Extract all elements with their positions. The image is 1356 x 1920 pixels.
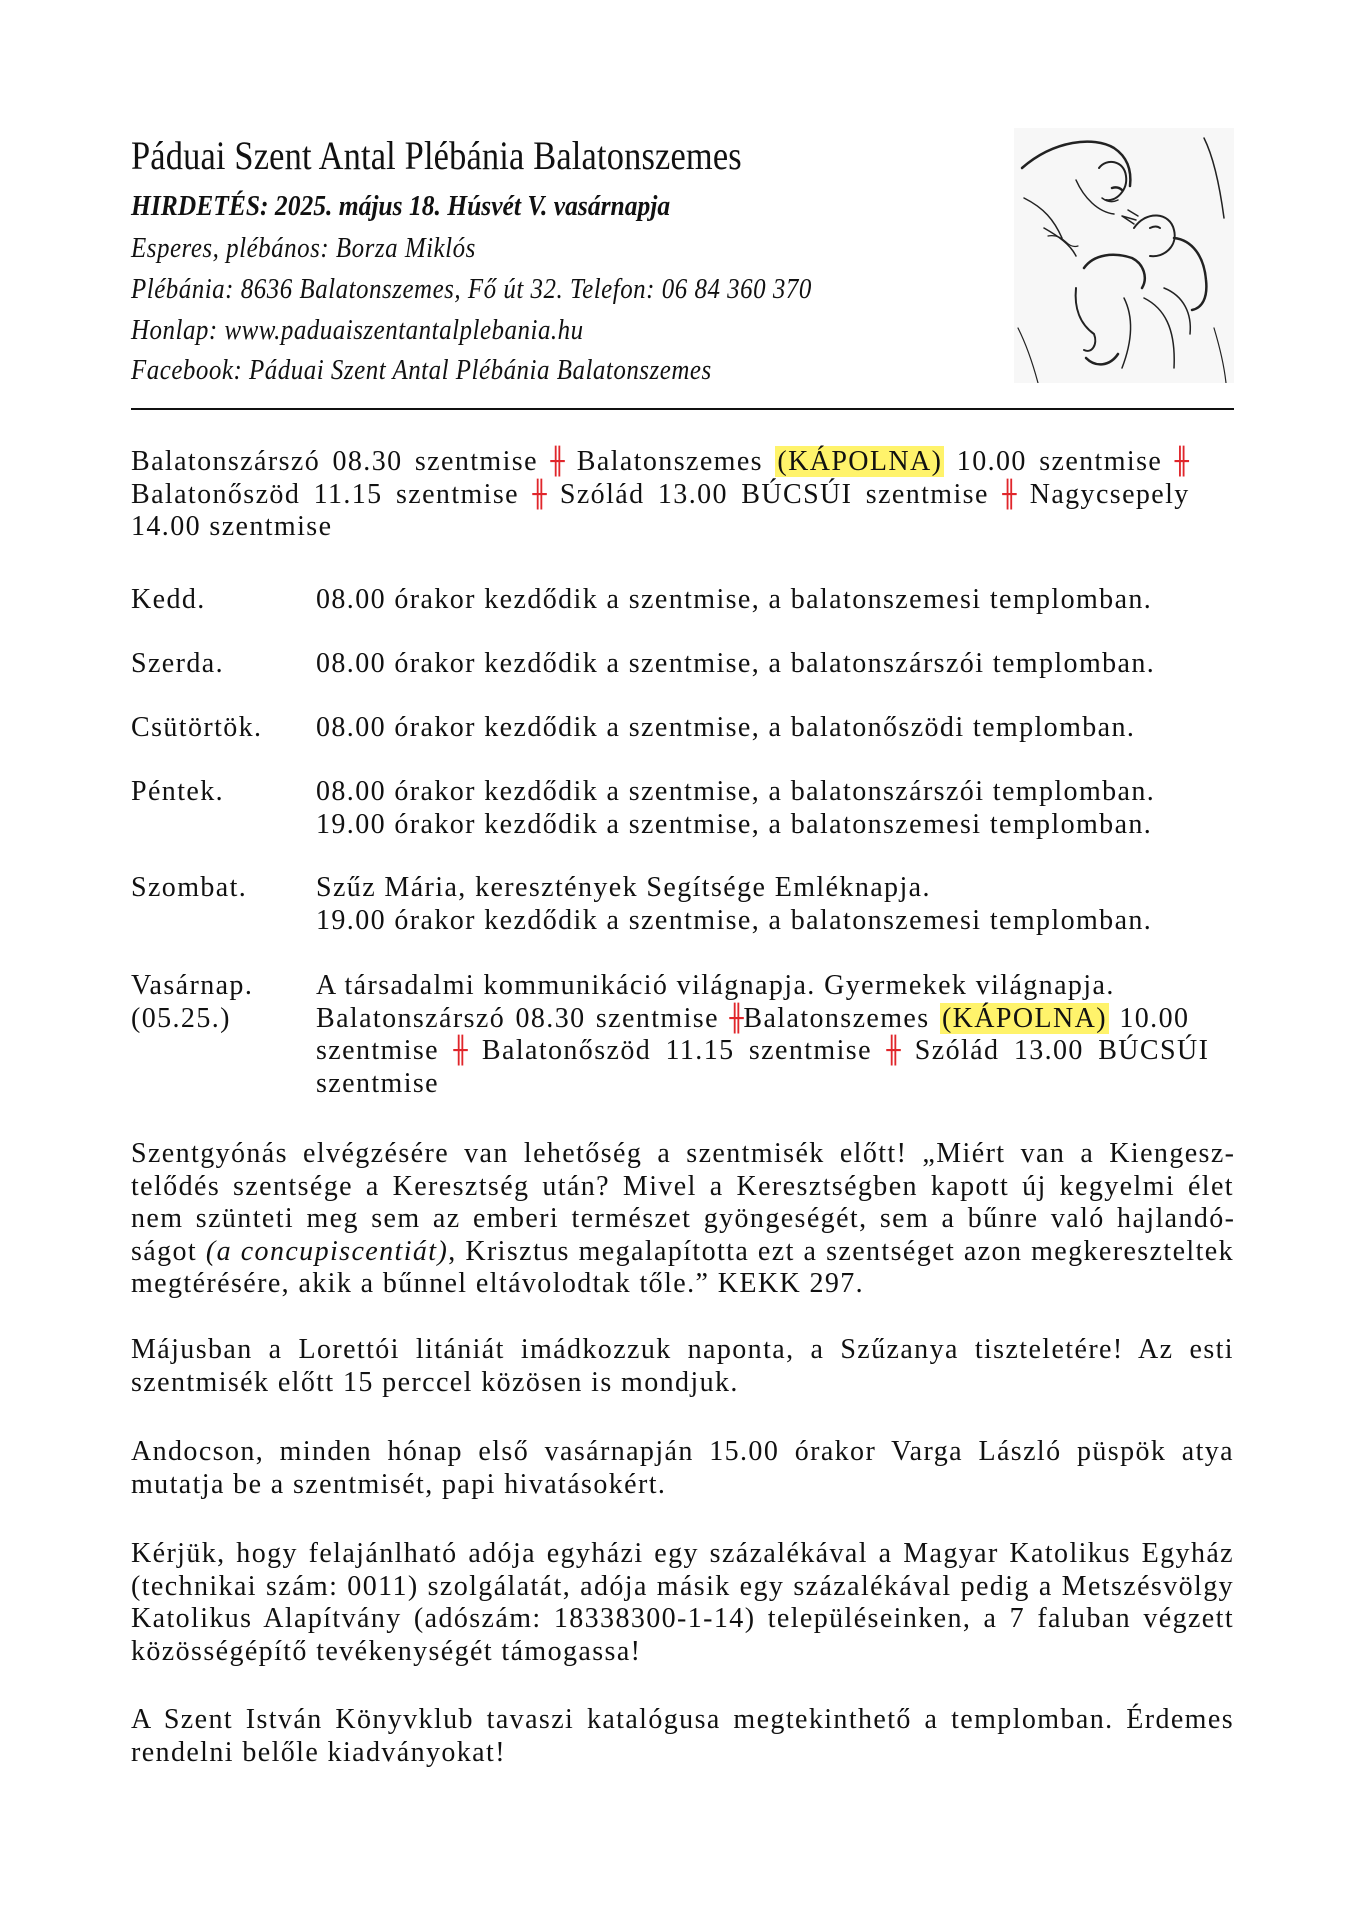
mass-text: Balatonőszöd 11.15 szentmise bbox=[468, 1035, 887, 1066]
day-label: Vasárnap.(05.25.) bbox=[131, 970, 311, 1035]
desc-line: szentmise ╫ Balatonőszöd 11.15 szentmise… bbox=[316, 1035, 1234, 1068]
mass-line-2: Balatonőszöd 11.15 szentmise ╫ Szólád 13… bbox=[131, 479, 1234, 512]
confession-italic: (a concupiscentiát) bbox=[206, 1236, 448, 1267]
day-desc: 08.00 órakor kezdődik a szentmise, a bal… bbox=[316, 712, 1234, 745]
mass-line-3: 14.00 szentmise bbox=[131, 511, 1234, 544]
double-cross-icon: ╫ bbox=[453, 1036, 467, 1066]
day-desc: 08.00 órakor kezdődik a szentmise, a bal… bbox=[316, 648, 1234, 681]
day-label: Kedd. bbox=[131, 584, 311, 617]
mass-text: Balatonszárszó 08.30 szentmise bbox=[316, 1003, 729, 1034]
andocs-paragraph: Andocson, minden hónap első vasárnapján … bbox=[131, 1436, 1234, 1501]
double-cross-icon: ╫ bbox=[532, 480, 546, 510]
double-cross-icon: ╫ bbox=[729, 1004, 743, 1034]
mass-text: Szólád 13.00 BÚCSÚI szentmise bbox=[546, 479, 1002, 510]
mass-text: Balatonszemes bbox=[564, 446, 775, 477]
double-cross-icon: ╫ bbox=[1002, 480, 1016, 510]
day-desc: A társadalmi kommunikáció világnapja. Gy… bbox=[316, 970, 1234, 1100]
mass-text: Balatonszárszó 08.30 szentmise bbox=[131, 446, 550, 477]
day-date: (05.25.) bbox=[131, 1003, 311, 1036]
bookclub-paragraph: A Szent István Könyvklub tavaszi katalóg… bbox=[131, 1704, 1234, 1769]
chapel-highlight: (KÁPOLNA) bbox=[940, 1003, 1109, 1034]
desc-line: Balatonszárszó 08.30 szentmise ╫Balatons… bbox=[316, 1003, 1234, 1036]
day-desc: 08.00 órakor kezdődik a szentmise, a bal… bbox=[316, 776, 1234, 841]
desc-line: 19.00 órakor kezdődik a szentmise, a bal… bbox=[316, 809, 1234, 842]
mass-line-1: Balatonszárszó 08.30 szentmise ╫ Balaton… bbox=[131, 446, 1234, 479]
litany-paragraph: Májusban a Lorettói litániát imádkozzuk … bbox=[131, 1334, 1234, 1399]
mass-text: Balatonőszöd 11.15 szentmise bbox=[131, 479, 532, 510]
parish-title: Páduai Szent Antal Plébánia Balatonszeme… bbox=[131, 132, 742, 180]
header-divider bbox=[131, 408, 1234, 410]
day-label: Szombat. bbox=[131, 872, 311, 905]
day-label: Szerda. bbox=[131, 648, 311, 681]
double-cross-icon: ╫ bbox=[550, 447, 564, 477]
announcement-date: HIRDETÉS: 2025. május 18. Húsvét V. vasá… bbox=[131, 190, 670, 223]
website-link[interactable]: Honlap: www.paduaiszentantalplebania.hu bbox=[131, 314, 584, 347]
header: Páduai Szent Antal Plébánia Balatonszeme… bbox=[131, 128, 1234, 408]
desc-line: 08.00 órakor kezdődik a szentmise, a bal… bbox=[316, 776, 1234, 809]
sunday-mass-schedule: Balatonszárszó 08.30 szentmise ╫ Balaton… bbox=[131, 446, 1234, 544]
desc-line: 08.00 órakor kezdődik a szentmise, a bal… bbox=[316, 648, 1234, 681]
desc-line: A társadalmi kommunikáció világnapja. Gy… bbox=[316, 970, 1234, 1003]
priest-info: Esperes, plébános: Borza Miklós bbox=[131, 232, 476, 265]
mass-text: szentmise bbox=[316, 1035, 453, 1066]
desc-line: szentmise bbox=[316, 1068, 1234, 1101]
day-desc: Szűz Mária, keresztények Segítsége Emlék… bbox=[316, 872, 1234, 937]
day-label: Csütörtök. bbox=[131, 712, 311, 745]
mass-text: Nagycsepely bbox=[1016, 479, 1189, 510]
confession-paragraph: Szentgyónás elvégzésére van lehetőség a … bbox=[131, 1138, 1234, 1301]
day-desc: 08.00 órakor kezdődik a szentmise, a bal… bbox=[316, 584, 1234, 617]
desc-line: 08.00 órakor kezdődik a szentmise, a bal… bbox=[316, 584, 1234, 617]
day-name: Vasárnap. bbox=[131, 970, 311, 1003]
desc-line: 19.00 órakor kezdődik a szentmise, a bal… bbox=[316, 905, 1234, 938]
desc-line: Szűz Mária, keresztények Segítsége Emlék… bbox=[316, 872, 1234, 905]
mass-text: Szólád 13.00 BÚCSÚI bbox=[900, 1035, 1209, 1066]
parish-address: Plébánia: 8636 Balatonszemes, Fő út 32. … bbox=[131, 273, 812, 306]
double-cross-icon: ╫ bbox=[1175, 447, 1189, 477]
desc-line: 08.00 órakor kezdődik a szentmise, a bal… bbox=[316, 712, 1234, 745]
tax-donation-paragraph: Kérjük, hogy felajánlható adója egyházi … bbox=[131, 1538, 1234, 1668]
chapel-highlight: (KÁPOLNA) bbox=[775, 446, 944, 477]
day-label: Péntek. bbox=[131, 776, 311, 809]
mass-text: 10.00 bbox=[1109, 1003, 1189, 1034]
double-cross-icon: ╫ bbox=[886, 1036, 900, 1066]
saint-anthony-image bbox=[1014, 128, 1234, 383]
mass-text: Balatonszemes bbox=[743, 1003, 940, 1034]
mass-text: 10.00 szentmise bbox=[944, 446, 1174, 477]
facebook-link[interactable]: Facebook: Páduai Szent Antal Plébánia Ba… bbox=[131, 354, 712, 387]
